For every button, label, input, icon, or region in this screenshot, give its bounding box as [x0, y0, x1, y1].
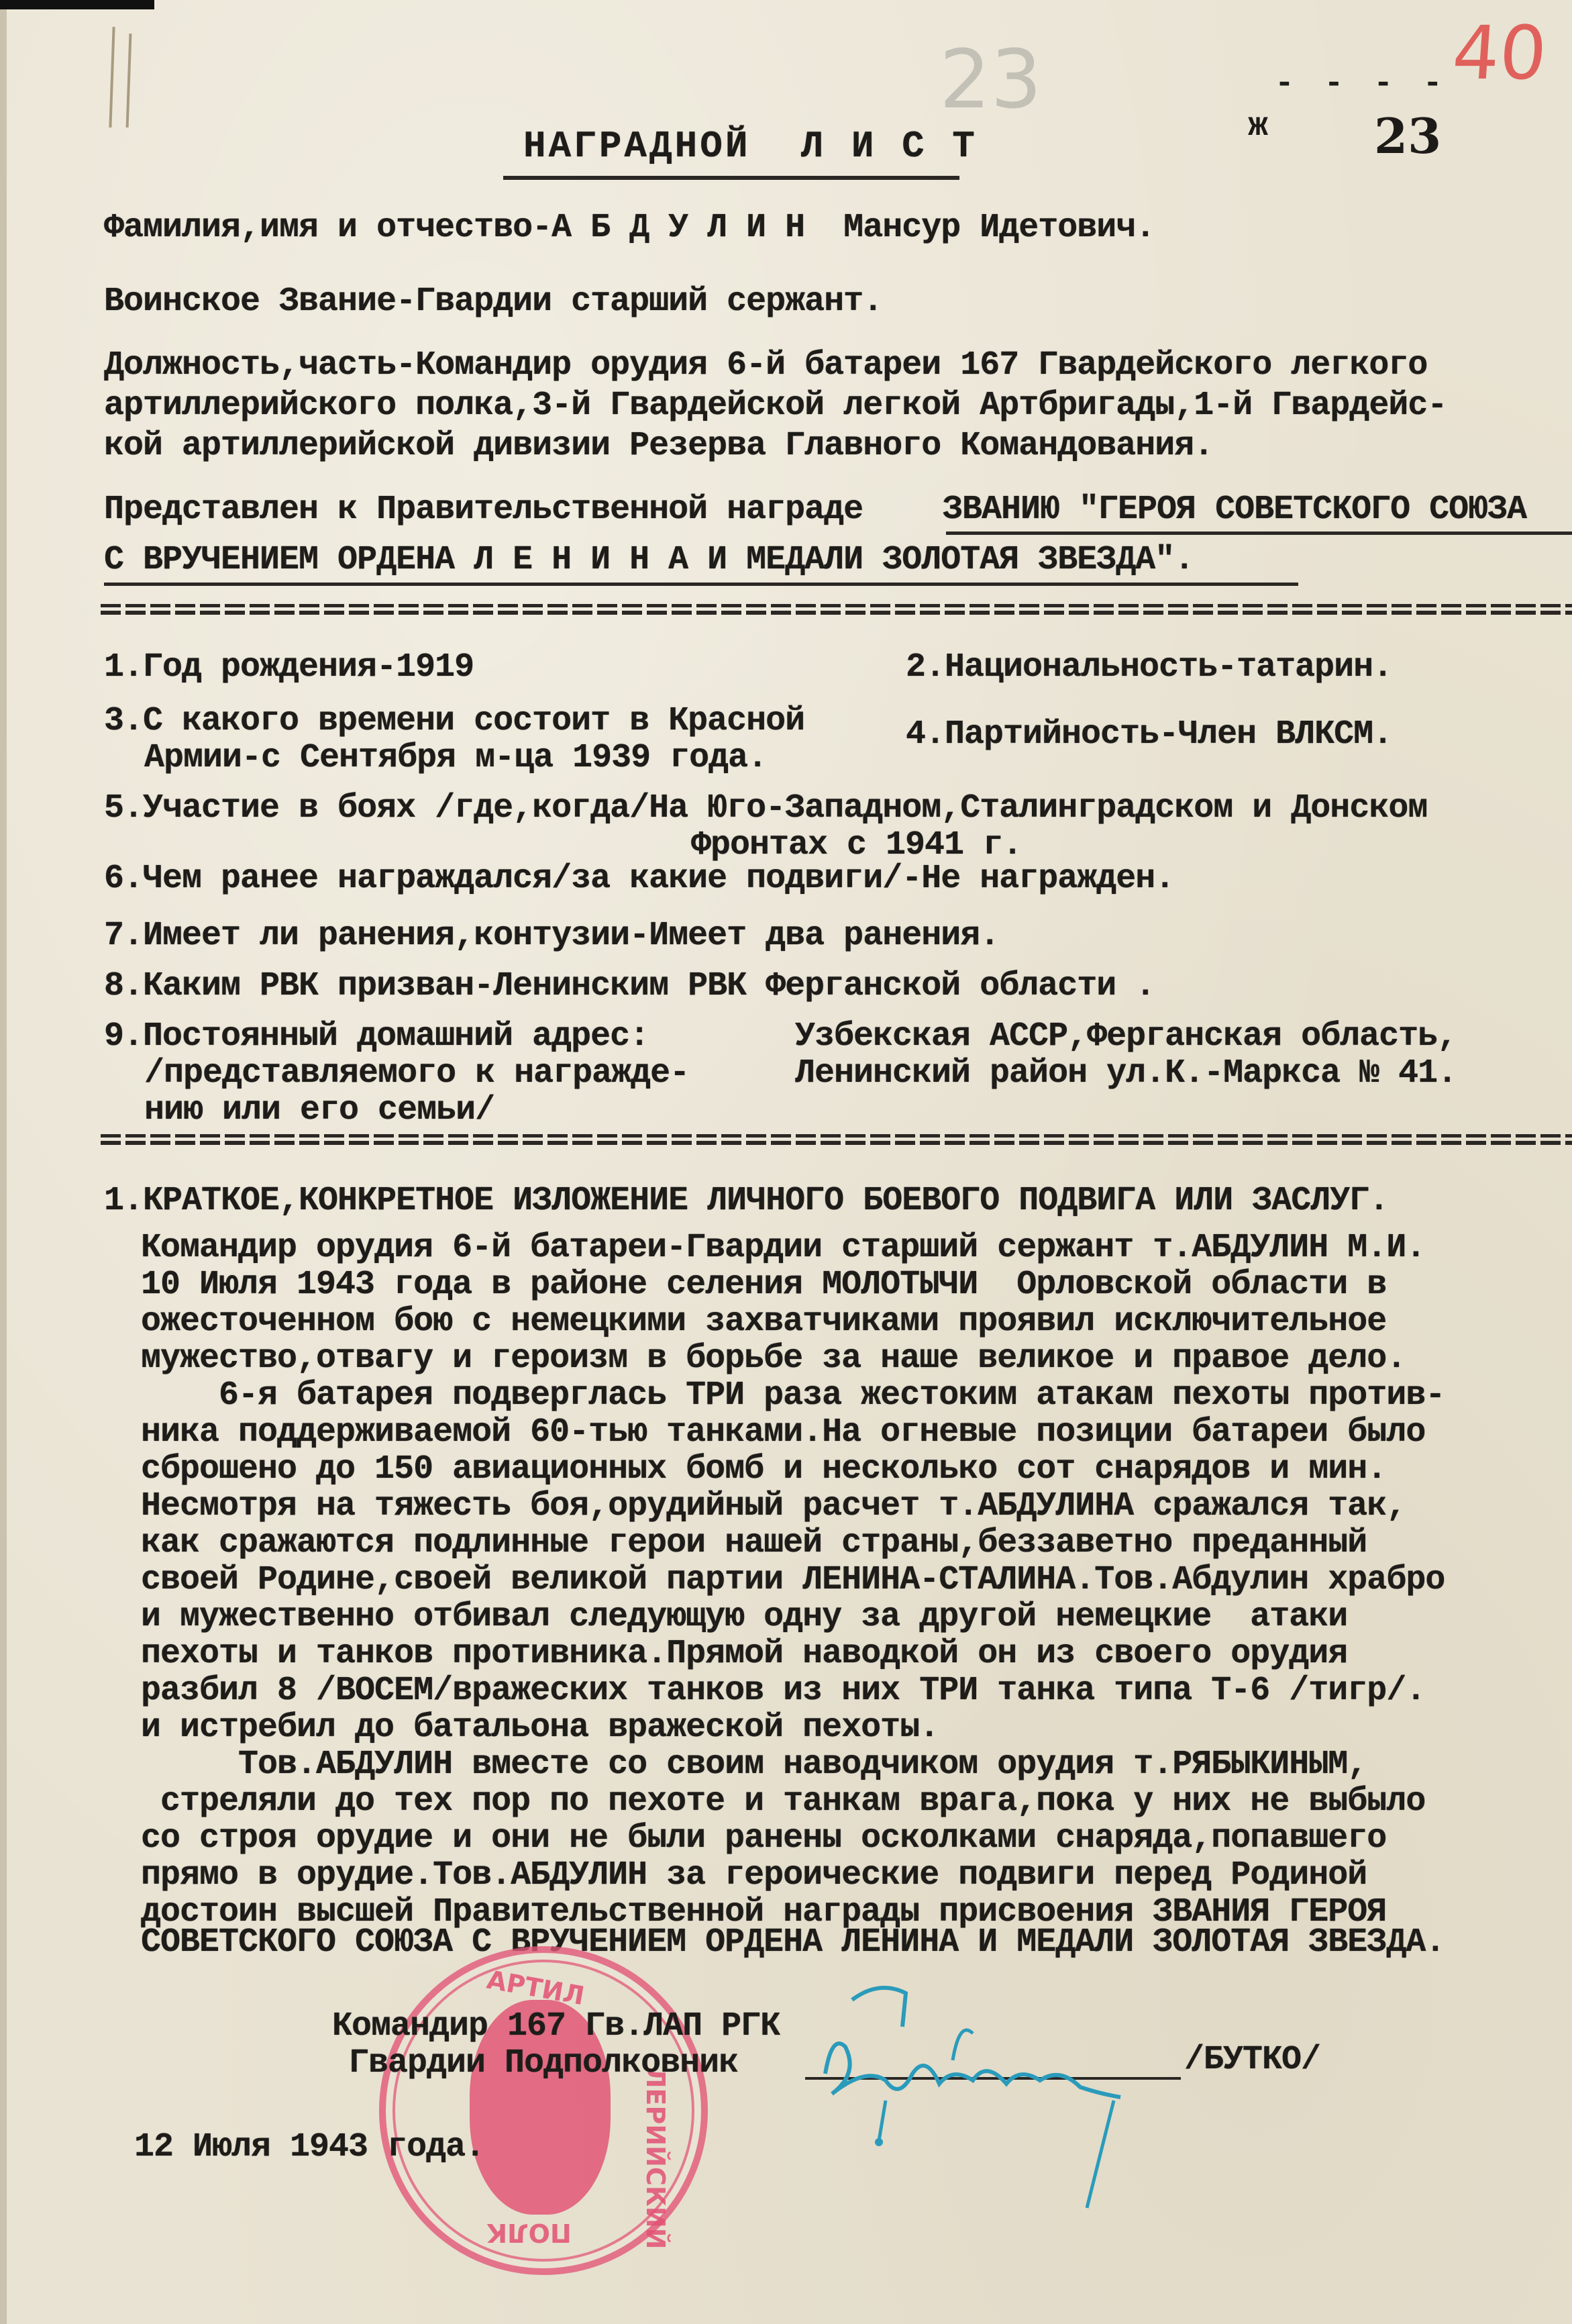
signer-position: Командир 167 Гв.ЛАП РГК: [332, 2010, 780, 2043]
binding-edge: [0, 0, 7, 2324]
feat-line: своей Родине,своей великой партии ЛЕНИНА…: [141, 1564, 1445, 1597]
item-nationality: 2.Национальность-татарин.: [906, 651, 1392, 685]
signer-rank: Гвардии Подполковник: [349, 2047, 738, 2080]
item-address-value-1: Узбекская АССР,Ферганская область,: [795, 1020, 1457, 1054]
stamp-text-top: АРТИЛ: [484, 1965, 586, 2011]
pencil-page-number: 23: [939, 34, 1042, 127]
rank-field: Воинское Звание-Гвардии старший сержант.: [104, 285, 882, 319]
feat-line: 10 Июля 1943 года в районе селения МОЛОТ…: [141, 1268, 1386, 1302]
nominated-award-line-1: ЗВАНИЮ "ГЕРОЯ СОВЕТСКОГО СОЮЗА: [943, 493, 1526, 527]
full-name-field: Фамилия,имя и отчество-А Б Д У Л И Н Ман…: [104, 211, 1155, 245]
feat-line: 6-я батарея подверглась ТРИ раза жестоки…: [141, 1379, 1445, 1413]
item-birth-year: 1.Год рождения-1919: [104, 651, 474, 685]
stamp-text-right: ЛЕРИЙСКИЙ: [641, 2067, 670, 2250]
feat-line: сброшено до 150 авиационных бомб и неско…: [141, 1453, 1386, 1486]
feat-line: ника поддерживаемой 60-тью танками.На ог…: [141, 1416, 1425, 1450]
item-address-label-3: нию или его семьи/: [144, 1094, 494, 1127]
feat-line: Тов.АБДУЛИН вместе со своим наводчиком о…: [141, 1748, 1367, 1782]
item-combat-line-1: 5.Участие в боях /где,когда/На Юго-Запад…: [104, 792, 1427, 825]
nominated-award-line-2: С ВРУЧЕНИЕМ ОРДЕНА Л Е Н И Н А И МЕДАЛИ …: [104, 544, 1194, 577]
handwritten-signature: [805, 1966, 1208, 2221]
item-wounds: 7.Имеет ли ранения,контузии-Имеет два ра…: [104, 919, 999, 953]
item-combat-line-2: Фронтах с 1941 г.: [691, 829, 1022, 862]
feat-line: ожесточенном бою с немецкими захватчикам…: [141, 1305, 1386, 1339]
feat-line: мужество,отвагу и героизм в борьбе за на…: [141, 1342, 1406, 1376]
stamp-text-bottom: ПОЛК: [486, 2218, 572, 2247]
typed-dash-marks: - - - -: [1275, 66, 1448, 102]
sign-date: 12 Июля 1943 года.: [134, 2131, 484, 2164]
feat-line: как сражаются подлинные герои нашей стра…: [141, 1527, 1367, 1560]
red-archive-number: 40: [1450, 10, 1550, 96]
section-divider: [101, 1134, 1572, 1149]
award-underline-2: [104, 583, 1298, 586]
item-address-label-1: 9.Постоянный домашний адрес:: [104, 1020, 649, 1054]
feat-line: прямо в орудие.Тов.АБДУЛИН за героически…: [141, 1859, 1367, 1892]
feat-line: СОВЕТСКОГО СОЮЗА С ВРУЧЕНИЕМ ОРДЕНА ЛЕНИ…: [141, 1926, 1445, 1960]
feat-line: и истребил до батальона вражеской пехоты…: [141, 1711, 939, 1745]
official-stamp: АРТИЛ ЛЕРИЙСКИЙ ПОЛК: [379, 1946, 708, 2275]
feat-line: Командир орудия 6-й батареи-Гвардии стар…: [141, 1231, 1425, 1265]
award-sheet-page: 23 40 - - - - ж 23 НАГРАДНОЙ Л И С Т Фам…: [0, 0, 1572, 2324]
feat-line: разбил 8 /ВОСЕМ/вражеских танков из них …: [141, 1674, 1425, 1708]
smudged-mark: ж: [1248, 107, 1268, 146]
position-line-1: Должность,часть-Командир орудия 6-й бата…: [104, 349, 1427, 383]
feat-line: Несмотря на тяжесть боя,орудийный расчет…: [141, 1490, 1406, 1523]
item-party: 4.Партийность-Член ВЛКСМ.: [906, 718, 1392, 752]
item-prior-awards: 6.Чем ранее награждался/за какие подвиги…: [104, 862, 1174, 896]
dark-edge-strip: [0, 0, 154, 9]
position-line-3: кой артиллерийской дивизии Резерва Главн…: [104, 430, 1213, 463]
item-service-since-line-2: Армии-с Сентября м-ца 1939 года.: [144, 742, 767, 775]
page-number: 23: [1374, 107, 1441, 164]
nominated-prefix: Представлен к Правительственной награде: [104, 493, 882, 527]
pencil-margin-mark: [126, 34, 132, 128]
feat-line: пехоты и танков противника.Прямой наводк…: [141, 1637, 1347, 1671]
title-underline: [503, 176, 959, 180]
award-underline-1: [946, 532, 1572, 535]
pencil-margin-mark: [109, 27, 115, 128]
feat-line: стреляли до тех пор по пехоте и танкам в…: [141, 1785, 1425, 1819]
feat-heading: 1.КРАТКОЕ,КОНКРЕТНОЕ ИЗЛОЖЕНИЕ ЛИЧНОГО Б…: [104, 1184, 1388, 1218]
feat-line: и мужественно отбивал следующую одну за …: [141, 1601, 1347, 1634]
position-line-2: артиллерийского полка,3-й Гвардейской ле…: [104, 389, 1447, 423]
item-address-label-2: /представляемого к награжде-: [144, 1057, 689, 1091]
item-address-value-2: Ленинский район ул.К.-Маркса № 41.: [795, 1057, 1457, 1091]
section-divider: [101, 604, 1572, 619]
feat-line: со строя орудие и они не были ранены оск…: [141, 1822, 1386, 1856]
document-title: НАГРАДНОЙ Л И С Т: [523, 128, 978, 165]
item-conscription: 8.Каким РВК призван-Ленинским РВК Ферган…: [104, 970, 1155, 1003]
item-service-since-line-1: 3.С какого времени состоит в Красной: [104, 705, 804, 738]
